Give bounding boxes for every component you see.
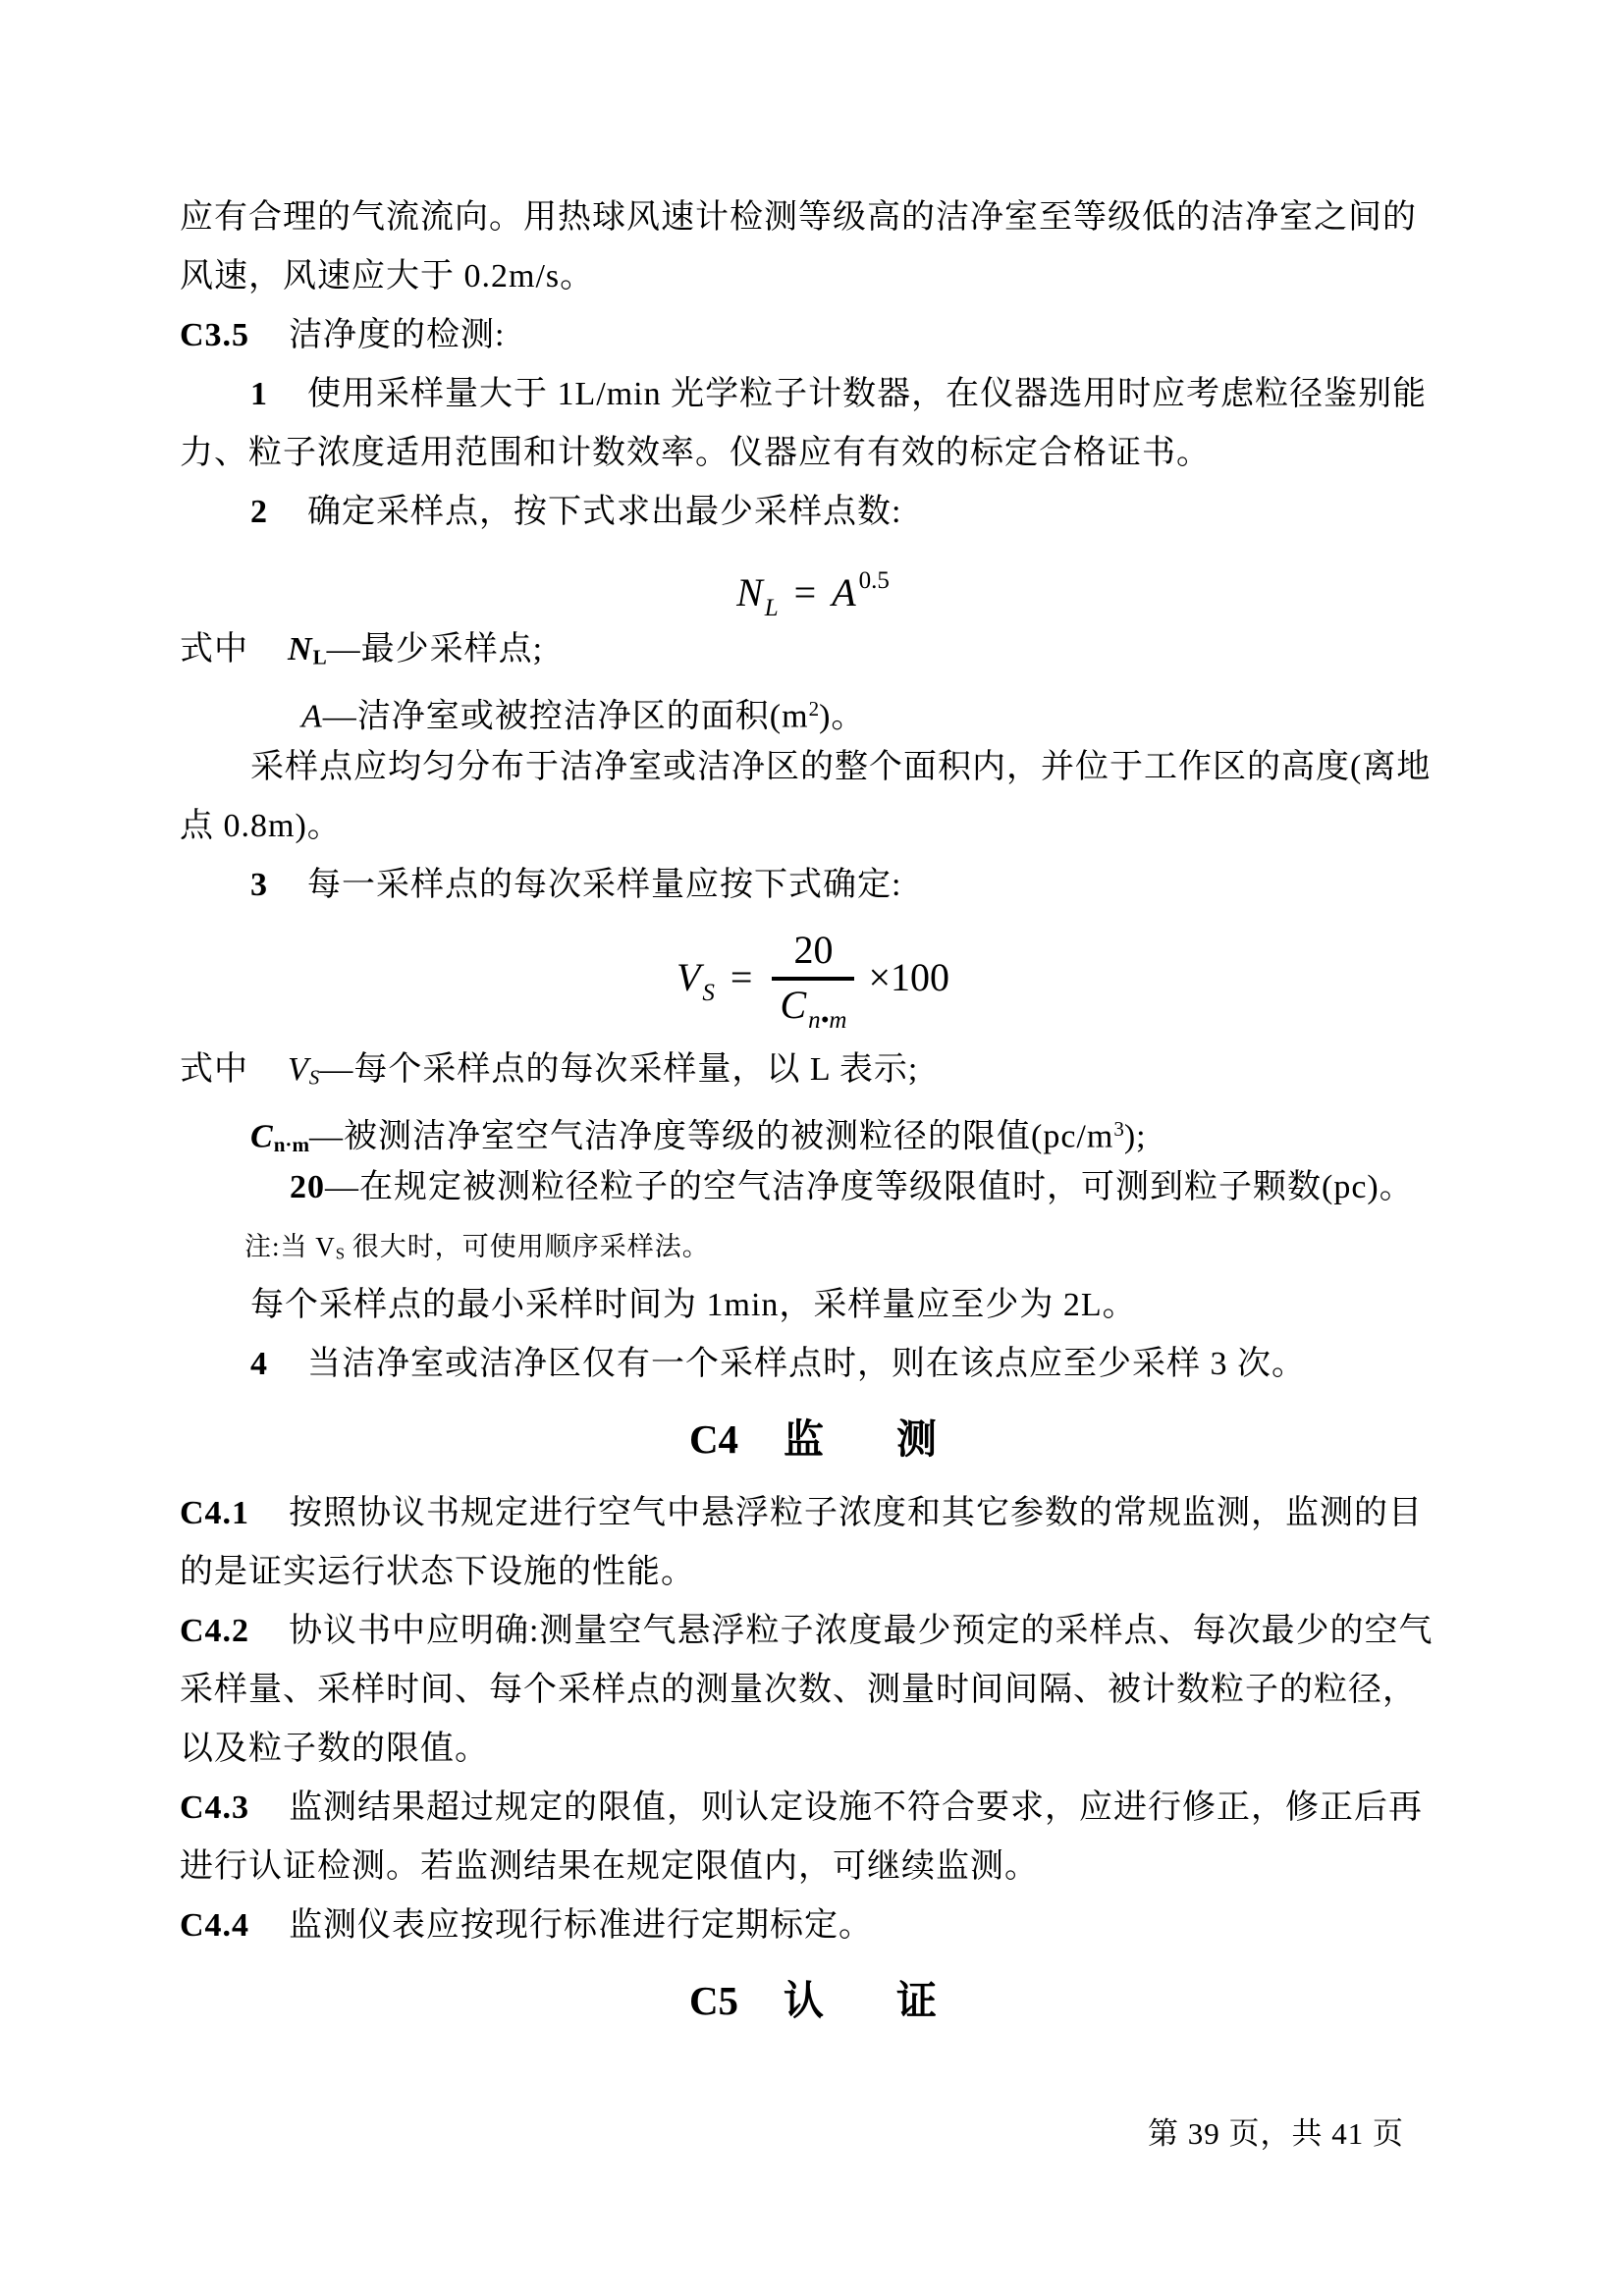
text-segment: 确定采样点，按下式求出最少采样点数: (307, 494, 901, 530)
equals-sign: = (730, 955, 753, 999)
legend-a: A—洁净室或被控洁净区的面积(m2)。 (301, 679, 1446, 738)
fraction-numerator: 20 (785, 930, 840, 977)
text-segment: 很大时，可使用顺序采样法。 (345, 1232, 710, 1261)
text-segment: 注:当 V (244, 1232, 336, 1261)
text-segment: S (336, 1245, 345, 1263)
legend-cnm: Cn·m—被测洁净室空气洁净度等级的被测粒径的限值(pc/m3); (250, 1099, 1446, 1158)
text-segment: 应有合理的气流流向。用热球风速计检测等级高的洁净室至等级低的洁净室之间的 (180, 199, 1417, 236)
heading-part: 测 (896, 1416, 937, 1462)
clause-c4-4: C4.4监测仪表应按现行标准进行定期标定。 (180, 1896, 1446, 1955)
text-segment: 按照协议书规定进行空气中悬浮粒子浓度和其它参数的常规监测，监测的目 (289, 1495, 1423, 1531)
item-1-line2: 力、粒子浓度适用范围和计数效率。仪器应有有效的标定合格证书。 (180, 424, 1446, 483)
formula-multiplier: ×100 (868, 955, 949, 999)
formula-rhs: A (832, 570, 855, 614)
note-sequential-sampling: 注:当 VS 很大时，可使用顺序采样法。 (244, 1217, 1446, 1276)
fraction-denominator: Cn•m (772, 977, 854, 1034)
text-segment: 4 (250, 1346, 268, 1382)
heading-part: 监 (784, 1416, 824, 1462)
text-segment: —洁净室或被控洁净区的面积(m (323, 699, 809, 735)
text-segment: C (250, 1119, 274, 1155)
text-segment: V (288, 1051, 309, 1088)
text-segment: 力、粒子浓度适用范围和计数效率。仪器应有有效的标定合格证书。 (180, 435, 1211, 471)
text-segment: C3.5 (180, 317, 249, 353)
para-airflow-line2: 风速，风速应大于 0.2m/s。 (180, 247, 1446, 306)
legend-vs: 式中VS—每个采样点的每次采样量，以 L 表示; (180, 1041, 1446, 1099)
text-segment: L (313, 646, 327, 669)
item-1-line1: 1使用采样量大于 1L/min 光学粒子计数器，在仪器选用时应考虑粒径鉴别能 (250, 365, 1446, 424)
text-segment: 的是证实运行状态下设施的性能。 (180, 1554, 695, 1590)
formula-lhs-subscript: L (765, 595, 779, 621)
clause-c4-2-line3: 以及粒子数的限值。 (180, 1720, 1446, 1779)
text-segment: 采样点应均匀分布于洁净室或洁净区的整个面积内，并位于工作区的高度(离地 (250, 749, 1431, 785)
formula-min-sampling-points: NL=A0.5 (180, 542, 1446, 620)
clause-c4-2-line1: C4.2协议书中应明确:测量空气悬浮粒子浓度最少预定的采样点、每次最少的空气 (180, 1602, 1446, 1661)
para-min-sampling-time: 每个采样点的最小采样时间为 1min，采样量应至少为 2L。 (250, 1276, 1446, 1335)
text-segment: 20 (290, 1169, 325, 1205)
text-segment: n·m (274, 1133, 309, 1156)
page-number-footer: 第 39 页，共 41 页 (1148, 2109, 1404, 2153)
item-2: 2确定采样点，按下式求出最少采样点数: (250, 483, 1446, 542)
text-segment: 式中 (180, 1051, 248, 1088)
text-segment: 洁净度的检测: (289, 317, 505, 353)
formula-lhs: N (736, 570, 763, 614)
legend-20: 20—在规定被测粒径粒子的空气洁净度等级限值时，可测到粒子颗数(pc)。 (290, 1158, 1446, 1217)
heading-part: 证 (896, 1978, 937, 2023)
formula-lhs: V (676, 955, 700, 999)
text-segment: C4.1 (180, 1495, 249, 1531)
text-segment: 协议书中应明确:测量空气悬浮粒子浓度最少预定的采样点、每次最少的空气 (289, 1613, 1433, 1649)
item-4: 4当洁净室或洁净区仅有一个采样点时，则在该点应至少采样 3 次。 (250, 1335, 1446, 1394)
formula-exponent: 0.5 (859, 567, 890, 594)
text-segment: N (288, 631, 313, 667)
text-segment: 点 0.8m)。 (180, 808, 342, 844)
heading-part: C5 (689, 1978, 738, 2023)
formula-lhs-subscript: S (702, 980, 715, 1006)
clause-c4-3-line2: 进行认证检测。若监测结果在规定限值内，可继续监测。 (180, 1838, 1446, 1896)
item-3: 3每一采样点的每次采样量应按下式确定: (250, 856, 1446, 915)
equals-sign: = (794, 570, 817, 614)
text-segment: C4.4 (180, 1907, 249, 1944)
text-segment: 以及粒子数的限值。 (180, 1731, 489, 1767)
text-segment: 使用采样量大于 1L/min 光学粒子计数器，在仪器选用时应考虑粒径鉴别能 (307, 376, 1427, 412)
denominator-symbol: C (780, 983, 806, 1027)
text-segment: —在规定被测粒径粒子的空气洁净度等级限值时，可测到粒子颗数(pc)。 (325, 1169, 1414, 1205)
para-airflow-line1: 应有合理的气流流向。用热球风速计检测等级高的洁净室至等级低的洁净室之间的 (180, 188, 1446, 247)
text-segment: 3 (1113, 1117, 1124, 1141)
text-segment: ); (1124, 1119, 1147, 1155)
clause-c4-1-line1: C4.1按照协议书规定进行空气中悬浮粒子浓度和其它参数的常规监测，监测的目 (180, 1484, 1446, 1543)
heading-c5-certification: C5认证 (180, 1955, 1446, 2046)
heading-c4-monitoring: C4监测 (180, 1394, 1446, 1484)
fraction: 20Cn•m (772, 930, 854, 1034)
legend-nl: 式中NL—最少采样点; (180, 620, 1446, 679)
heading-part: 认 (784, 1978, 824, 2023)
text-segment: 风速，风速应大于 0.2m/s。 (180, 258, 594, 294)
text-segment: 2 (250, 494, 268, 530)
text-segment: C4.2 (180, 1613, 249, 1649)
text-segment: —每个采样点的每次采样量，以 L 表示; (319, 1051, 918, 1088)
text-segment: —最少采样点; (327, 631, 543, 667)
clause-c4-3-line1: C4.3监测结果超过规定的限值，则认定设施不符合要求，应进行修正，修正后再 (180, 1779, 1446, 1838)
text-segment: 式中 (180, 631, 248, 667)
para-sampling-points-line1: 采样点应均匀分布于洁净室或洁净区的整个面积内，并位于工作区的高度(离地 (250, 738, 1446, 797)
text-segment: C4.3 (180, 1789, 249, 1826)
section-c3-5: C3.5洁净度的检测: (180, 306, 1446, 365)
denominator-subscript: n•m (808, 1007, 846, 1034)
text-segment: 进行认证检测。若监测结果在规定限值内，可继续监测。 (180, 1848, 1039, 1885)
heading-part: C4 (689, 1416, 738, 1462)
clause-c4-1-line2: 的是证实运行状态下设施的性能。 (180, 1543, 1446, 1602)
text-segment: 监测仪表应按现行标准进行定期标定。 (289, 1907, 873, 1944)
text-segment: 每一采样点的每次采样量应按下式确定: (307, 867, 901, 903)
document-content: 应有合理的气流流向。用热球风速计检测等级高的洁净室至等级低的洁净室之间的风速，风… (180, 188, 1446, 2046)
text-segment: 3 (250, 867, 268, 903)
formula-sample-volume: VS=20Cn•m×100 (180, 915, 1446, 1041)
text-segment: )。 (819, 699, 865, 735)
text-segment: A (301, 699, 323, 735)
text-segment: 当洁净室或洁净区仅有一个采样点时，则在该点应至少采样 3 次。 (307, 1346, 1306, 1382)
clause-c4-2-line2: 采样量、采样时间、每个采样点的测量次数、测量时间间隔、被计数粒子的粒径， (180, 1661, 1446, 1720)
text-segment: 采样量、采样时间、每个采样点的测量次数、测量时间间隔、被计数粒子的粒径， (180, 1672, 1417, 1708)
text-segment: 监测结果超过规定的限值，则认定设施不符合要求，应进行修正，修正后再 (289, 1789, 1423, 1826)
text-segment: 每个采样点的最小采样时间为 1min，采样量应至少为 2L。 (250, 1287, 1137, 1323)
text-segment: —被测洁净室空气洁净度等级的被测粒径的限值(pc/m (309, 1119, 1113, 1155)
text-segment: S (309, 1066, 320, 1090)
text-segment: 1 (250, 376, 268, 412)
text-segment: 2 (809, 697, 820, 721)
para-sampling-points-line2: 点 0.8m)。 (180, 797, 1446, 856)
